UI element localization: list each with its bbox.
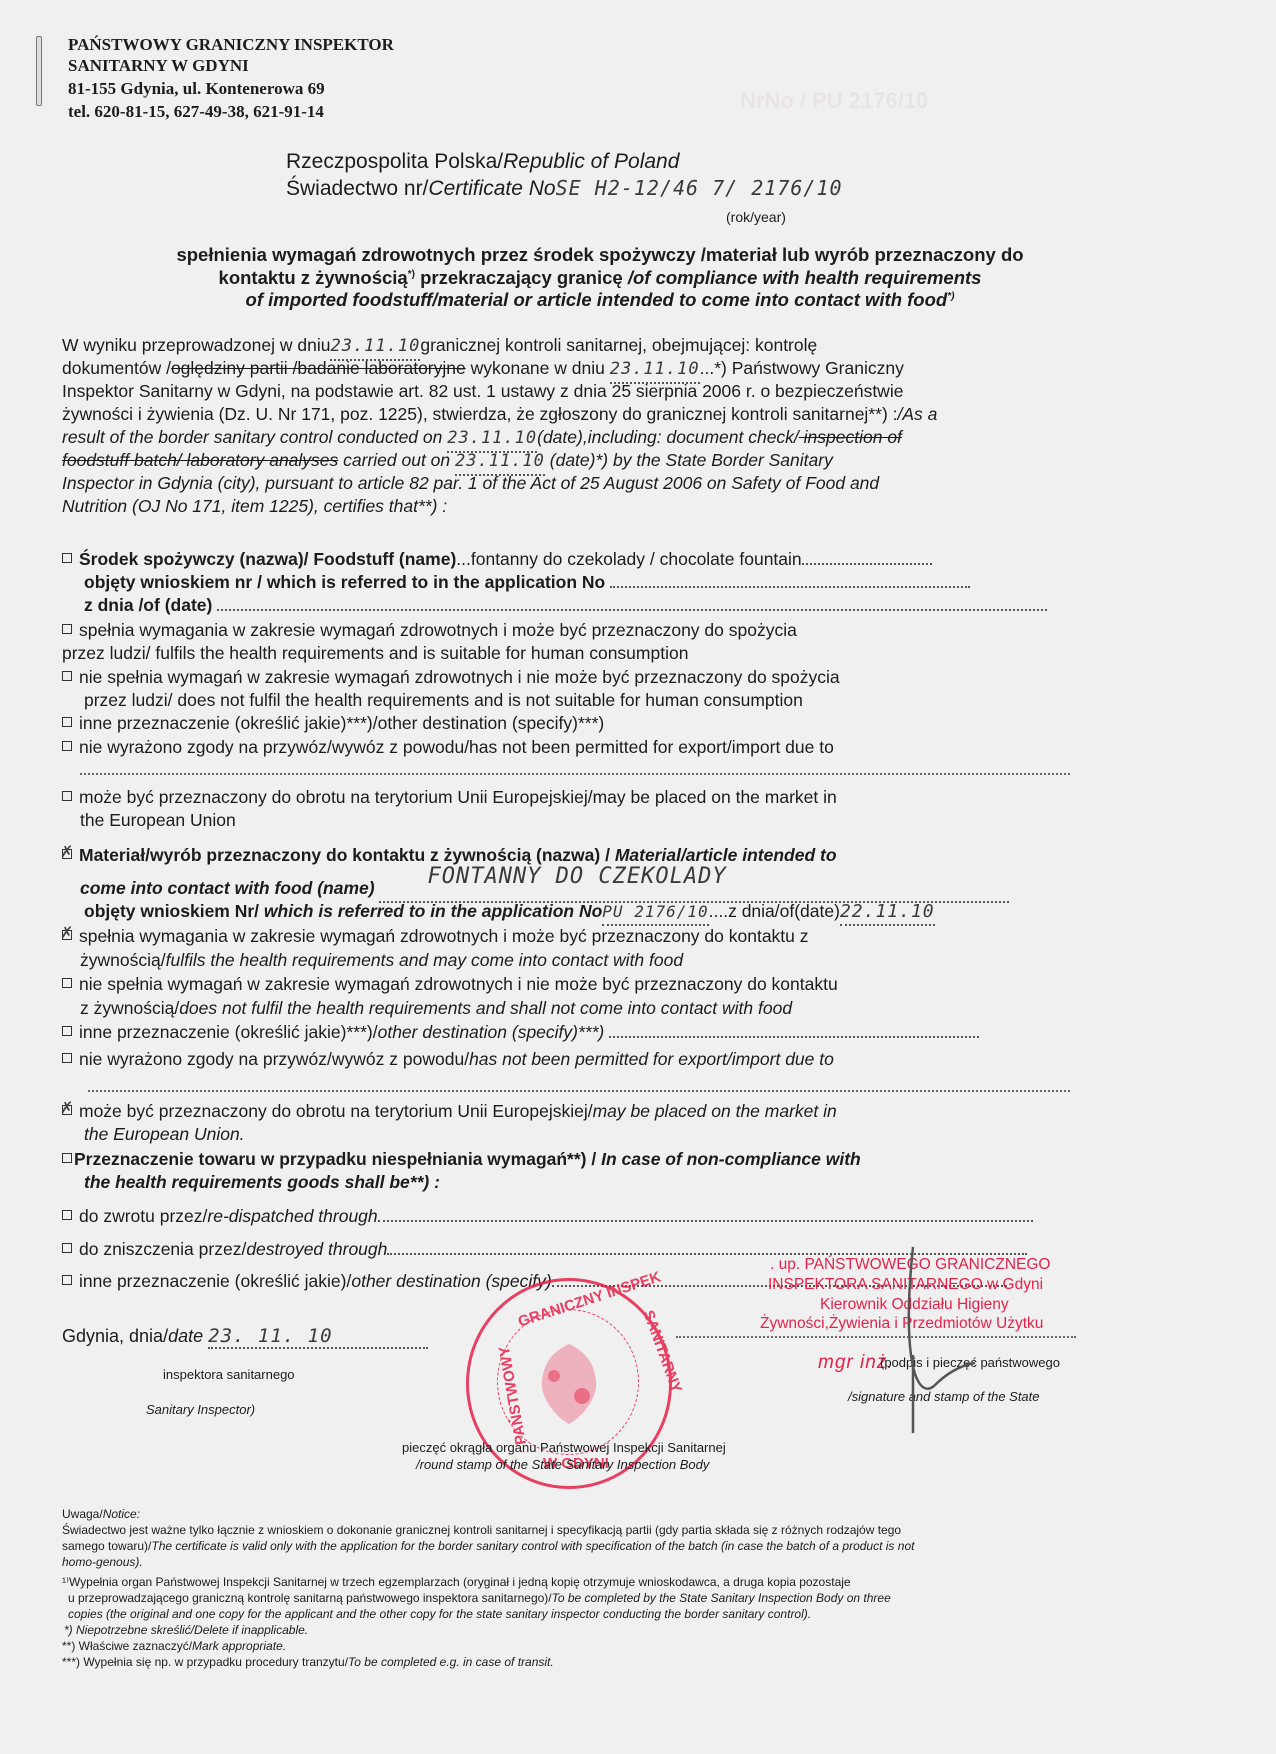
stamp-ring-text: SANITARNY	[639, 1308, 685, 1395]
struck-text: inspection of	[799, 427, 902, 447]
material-application-no-field[interactable]: PU 2176/10	[602, 900, 708, 926]
material-option-checkbox[interactable]	[62, 930, 72, 940]
notice-text-en: homo-genous).	[62, 1554, 143, 1570]
inspector-label-en: Sanitary Inspector)	[146, 1402, 255, 1417]
option-text-en: other destination (specify)	[351, 1271, 551, 1291]
title-pl: Rzeczpospolita Polska/	[286, 150, 503, 173]
option-text: inne przeznaczenie (określić jakie)***)/…	[79, 713, 604, 733]
noncompliance-label-en: In case of non-compliance with	[601, 1149, 861, 1169]
noncompliance-label-en: the health requirements goods shall be**…	[84, 1171, 440, 1195]
option-text-en: the European Union.	[84, 1123, 245, 1147]
option-text: może być przeznaczony do obrotu na teryt…	[79, 1101, 593, 1121]
option-text: nie wyrażono zgody na przywóz/wywóz z po…	[79, 1049, 469, 1069]
staple-mark	[36, 36, 42, 106]
footnote-marker: *)	[947, 291, 954, 302]
certificate-number-field[interactable]: SE H2-12/46 7/ 2176/10	[556, 176, 843, 200]
foodstuff-application-field[interactable]	[610, 586, 970, 588]
material-option-checkbox[interactable]	[62, 1026, 72, 1036]
subtitle-line2-en: /of compliance with health requirements	[628, 267, 982, 288]
footnote-2star-en: Mark appropriate.	[192, 1639, 286, 1653]
option-text: może być przeznaczony do obrotu na teryt…	[79, 787, 837, 807]
footnote-1-text-en: To be completed by the State Sanitary In…	[552, 1591, 891, 1605]
intro-text: ...*) Państwowy Graniczny	[700, 358, 904, 378]
round-stamp-caption: pieczęć okrągła organu Państwowej Inspek…	[402, 1440, 726, 1455]
foodstuff-option-checkbox[interactable]	[62, 717, 72, 727]
intro-text: wykonane w dniu	[466, 358, 610, 378]
footnote-2star: **) Właściwe zaznaczyć/	[62, 1639, 192, 1653]
material-option-checkbox[interactable]	[62, 1053, 72, 1063]
option-text: nie wyrażono zgody na przywóz/wywóz z po…	[79, 737, 834, 757]
notice-text: Świadectwo jest ważne tylko łącznie z wn…	[62, 1522, 901, 1538]
option-text: the European Union	[80, 809, 236, 833]
year-label: (rok/year)	[726, 209, 786, 225]
intro-text: Inspektor Sanitarny w Gdyni, na podstawi…	[62, 380, 903, 404]
intro-text-en: Inspector in Gdynia (city), pursuant to …	[62, 472, 879, 496]
foodstuff-option-checkbox[interactable]	[62, 624, 72, 634]
option-text: inne przeznaczenie (określić jakie)***)/	[79, 1022, 378, 1042]
notice-text: samego towaru)/	[62, 1539, 151, 1553]
material-checkbox[interactable]	[62, 849, 72, 859]
option-text: nie spełnia wymagań w zakresie wymagań z…	[79, 974, 838, 994]
option-text: inne przeznaczenie (określić jakie)/	[79, 1271, 351, 1291]
foodstuff-date-field[interactable]	[217, 609, 1047, 611]
foodstuff-option-checkbox[interactable]	[62, 791, 72, 801]
material-application-date-field[interactable]: 22.11.10	[840, 900, 935, 926]
option-text-en: does not fulfil the health requirements …	[179, 998, 792, 1018]
cert-no-label-pl: Świadectwo nr/	[286, 177, 428, 200]
footnote-1-text: u przeprowadzającego graniczną kontrolę …	[68, 1591, 552, 1605]
intro-text-en: carried out on	[338, 450, 455, 470]
signature-date-field[interactable]: 23. 11. 10	[208, 1325, 428, 1349]
intro-text: dokumentów /	[62, 358, 171, 378]
subtitle-line2-pl: kontaktu z żywnością	[219, 267, 408, 288]
option-text: przez ludzi/ does not fulfil the health …	[84, 689, 803, 713]
stamp-text: Żywności,Żywienia i Przedmiotów Użytku	[760, 1315, 1043, 1333]
org-address: 81-155 Gdynia, ul. Kontenerowa 69	[68, 78, 325, 99]
intro-text-en: (date),including: document check/	[537, 427, 799, 447]
struck-text: foodstuff batch/ laboratory analyses	[62, 450, 338, 470]
footnote-3star: ***) Wypełnia się np. w przypadku proced…	[62, 1655, 348, 1669]
notice-heading-en: Notice:	[103, 1507, 140, 1521]
option-text-en: destroyed through	[246, 1239, 387, 1259]
intro-text-en: Nutrition (OJ No 171, item 1225), certif…	[62, 495, 447, 519]
material-label: Materiał/wyrób przeznaczony do kontaktu …	[79, 845, 615, 865]
intro-text: granicznej kontroli sanitarnej, obejmują…	[420, 335, 817, 355]
subtitle-line2-mid: przekraczający granicę	[415, 267, 628, 288]
intro-text: W wyniku przeprowadzonej w dniu	[62, 335, 330, 355]
option-text: żywnością/	[80, 950, 166, 970]
option-text: do zwrotu przez/	[79, 1206, 207, 1226]
foodstuff-checkbox[interactable]	[62, 553, 72, 563]
material-option-checkbox[interactable]	[62, 1105, 72, 1115]
destroy-checkbox[interactable]	[62, 1243, 72, 1253]
material-application-label-en: which is referred to in the application …	[264, 901, 602, 921]
intro-text: żywności i żywienia (Dz. U. Nr 171, poz.…	[62, 404, 898, 424]
footnote-3star-en: To be completed e.g. in case of transit.	[348, 1655, 554, 1669]
round-stamp-caption-en: /round stamp of the State Sanitary Inspe…	[416, 1457, 709, 1472]
redispatch-checkbox[interactable]	[62, 1210, 72, 1220]
material-application-label: objęty wnioskiem Nr/	[84, 901, 264, 921]
option-text: nie spełnia wymagań w zakresie wymagań z…	[79, 667, 840, 687]
org-name-line2: SANITARNY W GDYNI	[68, 55, 249, 76]
option-text-en: other destination (specify)***)	[378, 1022, 605, 1042]
material-option-checkbox[interactable]	[62, 978, 72, 988]
foodstuff-name-field[interactable]: ...fontanny do czekolady / chocolate fou…	[456, 549, 801, 569]
option-text-en: has not been permitted for export/import…	[469, 1049, 834, 1069]
footnote-marker: *)	[408, 269, 415, 280]
other-destination-checkbox[interactable]	[62, 1275, 72, 1285]
material-name-field[interactable]: FONTANNY DO CZEKOLADY	[427, 865, 726, 889]
org-name-line1: PAŃSTWOWY GRANICZNY INSPEKTOR	[68, 34, 394, 55]
footnote-1: ¹⁾Wypełnia organ Państwowej Inspekcji Sa…	[62, 1574, 851, 1590]
option-text-en: fulfils the health requirements and may …	[166, 950, 684, 970]
intro-text-en: (date)*) by the State Border Sanitary	[545, 450, 833, 470]
subtitle-line1: spełnienia wymagań zdrowotnych przez śro…	[100, 244, 1100, 266]
material-label-en: Material/article intended to	[615, 845, 837, 865]
footnote-star: *) Niepotrzebne skreślić/Delete if inapp…	[64, 1622, 308, 1638]
option-text-en: re-dispatched through	[207, 1206, 377, 1226]
option-text: spełnia wymagania w zakresie wymagań zdr…	[79, 620, 797, 640]
handwritten-signature	[905, 1245, 985, 1435]
noncompliance-checkbox[interactable]	[62, 1153, 72, 1163]
notice-heading: Uwaga/	[62, 1507, 103, 1521]
org-phone: tel. 620-81-15, 627-49-38, 621-91-14	[68, 101, 324, 122]
option-text-en: may be placed on the market in	[593, 1101, 837, 1121]
option-text: do zniszczenia przez/	[79, 1239, 246, 1259]
option-text: przez ludzi/ fulfils the health requirem…	[62, 642, 688, 666]
place-label: Gdynia, dnia/	[62, 1326, 168, 1346]
redispatch-field[interactable]	[378, 1220, 1033, 1222]
material-label-en: come into contact with food (name)	[80, 878, 375, 898]
title-en: Republic of Poland	[503, 150, 679, 173]
cert-no-label-en: Certificate No	[428, 177, 555, 200]
option-text: z żywnością/	[80, 998, 179, 1018]
noncompliance-label: Przeznaczenie towaru w przypadku niespeł…	[74, 1149, 601, 1169]
date-label: date	[168, 1326, 203, 1346]
reason-field[interactable]	[88, 1090, 1070, 1092]
bleed-through-text: NrNo / PU 2176/10	[740, 88, 928, 114]
reason-field[interactable]	[80, 773, 1070, 775]
foodstuff-application-label: objęty wnioskiem nr / which is referred …	[84, 572, 605, 592]
struck-text: oględziny partii /badanie laboratoryjne	[171, 358, 466, 378]
intro-text-en: result of the border sanitary control co…	[62, 427, 447, 447]
other-destination-field[interactable]	[609, 1036, 979, 1038]
inspector-label: inspektora sanitarnego	[163, 1367, 295, 1382]
notice-text-en: The certificate is valid only with the a…	[151, 1539, 914, 1553]
material-date-label: z dnia/of(date)	[728, 901, 840, 921]
intro-text-en: /As a	[898, 404, 938, 424]
footnote-1-text-en: copies (the original and one copy for th…	[68, 1606, 811, 1622]
foodstuff-label: Środek spożywczy (nazwa)/ Foodstuff (nam…	[79, 549, 456, 569]
foodstuff-date-label: z dnia /of (date)	[84, 595, 212, 615]
option-text: spełnia wymagania w zakresie wymagań zdr…	[79, 926, 809, 946]
foodstuff-option-checkbox[interactable]	[62, 671, 72, 681]
foodstuff-option-checkbox[interactable]	[62, 741, 72, 751]
signature-field[interactable]	[676, 1336, 1076, 1338]
eagle-emblem-icon	[524, 1336, 614, 1431]
subtitle-line3: of imported foodstuff/material or articl…	[246, 289, 948, 310]
